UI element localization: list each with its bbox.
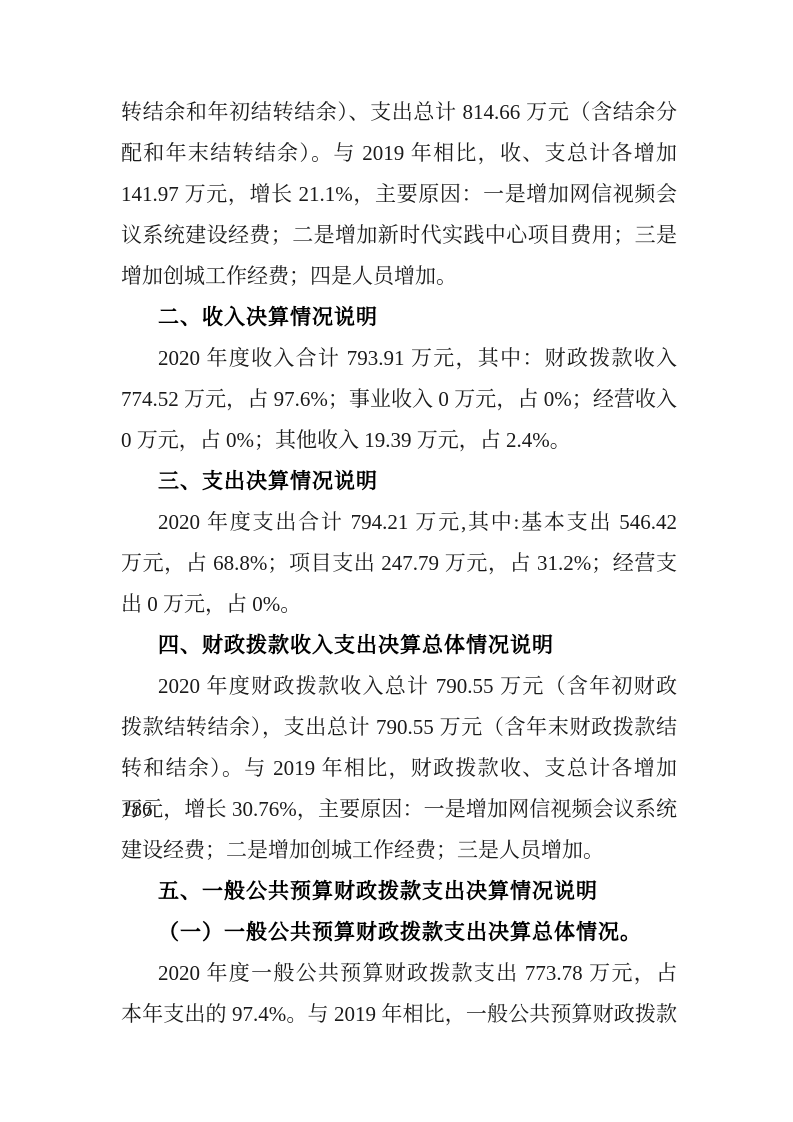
paragraph-line: 议系统建设经费；二是增加新时代实践中心项目费用；三是 (121, 215, 677, 256)
paragraph-line: 拨款结转结余），支出总计 790.55 万元（含年末财政拨款结 (121, 707, 677, 748)
subsection-heading-5-1: （一）一般公共预算财政拨款支出决算总体情况。 (121, 912, 677, 953)
paragraph-line: 转和结余）。与 2019 年相比，财政拨款收、支总计各增加 186 (121, 748, 677, 789)
section-heading-2: 二、收入决算情况说明 (121, 297, 677, 338)
section-heading-5: 五、一般公共预算财政拨款支出决算情况说明 (121, 871, 677, 912)
paragraph-line: 2020 年度支出合计 794.21 万元,其中:基本支出 546.42 (121, 502, 677, 543)
paragraph-line: 配和年末结转结余）。与 2019 年相比，收、支总计各增加 (121, 133, 677, 174)
document-page: 转结余和年初结转结余）、支出总计 814.66 万元（含结余分 配和年末结转结余… (0, 0, 793, 1122)
paragraph-line: 出 0 万元，占 0%。 (121, 584, 677, 625)
paragraph-line: 774.52 万元，占 97.6%；事业收入 0 万元，占 0%；经营收入 (121, 379, 677, 420)
paragraph-line: 2020 年度收入合计 793.91 万元，其中：财政拨款收入 (121, 338, 677, 379)
paragraph-line: 建设经费；二是增加创城工作经费；三是人员增加。 (121, 830, 677, 871)
paragraph-line: 万元，增长 30.76%，主要原因：一是增加网信视频会议系统 (121, 789, 677, 830)
paragraph-line: 转结余和年初结转结余）、支出总计 814.66 万元（含结余分 (121, 92, 677, 133)
paragraph-line: 141.97 万元，增长 21.1%，主要原因：一是增加网信视频会 (121, 174, 677, 215)
paragraph-line: 万元，占 68.8%；项目支出 247.79 万元，占 31.2%；经营支 (121, 543, 677, 584)
paragraph-line: 本年支出的 97.4%。与 2019 年相比，一般公共预算财政拨款 (121, 994, 677, 1035)
paragraph-line: 2020 年度一般公共预算财政拨款支出 773.78 万元，占 (121, 953, 677, 994)
paragraph-line: 增加创城工作经费；四是人员增加。 (121, 256, 677, 297)
paragraph-line: 0 万元，占 0%；其他收入 19.39 万元，占 2.4%。 (121, 420, 677, 461)
paragraph-line: 2020 年度财政拨款收入总计 790.55 万元（含年初财政 (121, 666, 677, 707)
section-heading-4: 四、财政拨款收入支出决算总体情况说明 (121, 625, 677, 666)
section-heading-3: 三、支出决算情况说明 (121, 461, 677, 502)
document-body: 转结余和年初结转结余）、支出总计 814.66 万元（含结余分 配和年末结转结余… (121, 92, 677, 1035)
